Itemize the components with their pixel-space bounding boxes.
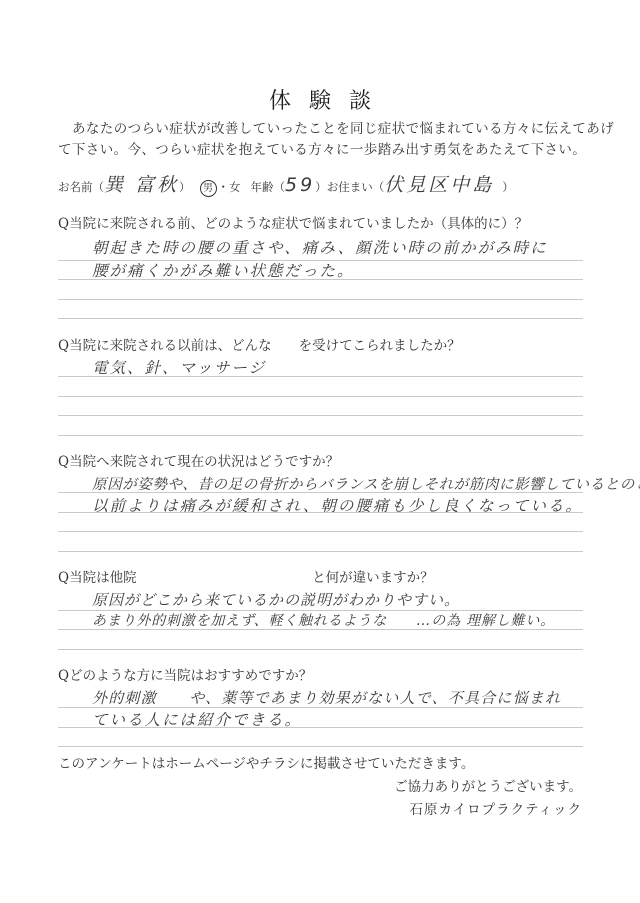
answer-rule [58, 260, 583, 261]
name-label: お名前（ [58, 179, 104, 195]
address-label: お住まい（ [327, 179, 385, 195]
age-label: 年齢（ [251, 179, 286, 195]
address-value: 伏見区中島 [384, 170, 502, 197]
name-value: 巽 富秋 [104, 170, 179, 197]
gender-separator: ・ [218, 179, 230, 195]
address-close: ） [502, 179, 514, 195]
answer-rule [58, 299, 583, 300]
answer-rule [58, 746, 583, 747]
answer-rule [58, 512, 583, 513]
profile-row: お名前（ 巽 富秋 ） 男 ・ 女 年齢（ 59 ） お住まい（ 伏見区中島 ） [58, 170, 514, 197]
answer-rule [58, 610, 583, 611]
answer-rule [58, 435, 583, 436]
answer-2-line-1: 電気、針、マッサージ [92, 356, 266, 378]
gender-male-circled: 男 [200, 180, 217, 197]
question-3: Q当院へ来院されて現在の状況はどうですか？ [58, 450, 339, 470]
answer-rule [58, 707, 583, 708]
answer-rule [58, 649, 583, 650]
document-title: 体験談 [0, 84, 640, 115]
answer-4-line-2: あまり外的刺激を加えず、軽く触れるような …の為 理解し難い。 [92, 610, 555, 630]
answer-rule [58, 396, 583, 397]
answer-rule [58, 279, 583, 280]
answer-rule [58, 551, 583, 552]
intro-line-2: て下さい。今、つらい症状を抱えている方々に一歩踏み出す勇気をあたえて下さい。 [58, 138, 586, 158]
gender-female: 女 [229, 179, 241, 195]
question-4: Q当院は他院 と何が違いますか？ [58, 566, 434, 586]
question-1: Q当院に来院される前、どのような症状で悩まれていましたか（具体的に）？ [58, 212, 528, 232]
answer-rule [58, 727, 583, 728]
answer-rule [58, 531, 583, 532]
thanks-message: ご協力ありがとうございます。 [394, 775, 582, 795]
clinic-name: 石原カイロプラクティック [409, 798, 582, 818]
answer-rule [58, 376, 583, 377]
answer-rule [58, 492, 583, 493]
answer-rule [58, 629, 583, 630]
question-2: Q当院に来院される以前は、どんな を受けてこられましたか？ [58, 334, 461, 354]
answer-3-line-1: 原因が姿勢や、昔の足の骨折からバランスを崩しそれが筋肉に影響しているとのこと [92, 473, 640, 494]
answer-rule [58, 318, 583, 319]
intro-line-1: あなたのつらい症状が改善していったことを同じ症状で悩まれている方々に伝えてあげ [72, 117, 614, 137]
answer-5-line-1: 外的刺激 や、薬等であまり効果がない人で、不具合に悩まれ [92, 687, 561, 708]
answer-rule [58, 415, 583, 416]
answer-1-line-2: 腰が痛くかがみ難い状態だった。 [92, 259, 355, 281]
publication-notice: このアンケートはホームページやチラシに掲載させていただきます。 [58, 752, 474, 772]
answer-1-line-1: 朝起きた時の腰の重さや、痛み、顔洗い時の前かがみ時に [92, 236, 548, 258]
answer-4-line-1: 原因がどこから来ているかの説明がわかりやすい。 [92, 589, 460, 610]
name-close: ） [179, 179, 191, 195]
question-5: Qどのような方に当院はおすすめですか？ [58, 664, 312, 684]
age-value: 59 [285, 174, 315, 196]
age-close: ） [315, 179, 327, 195]
